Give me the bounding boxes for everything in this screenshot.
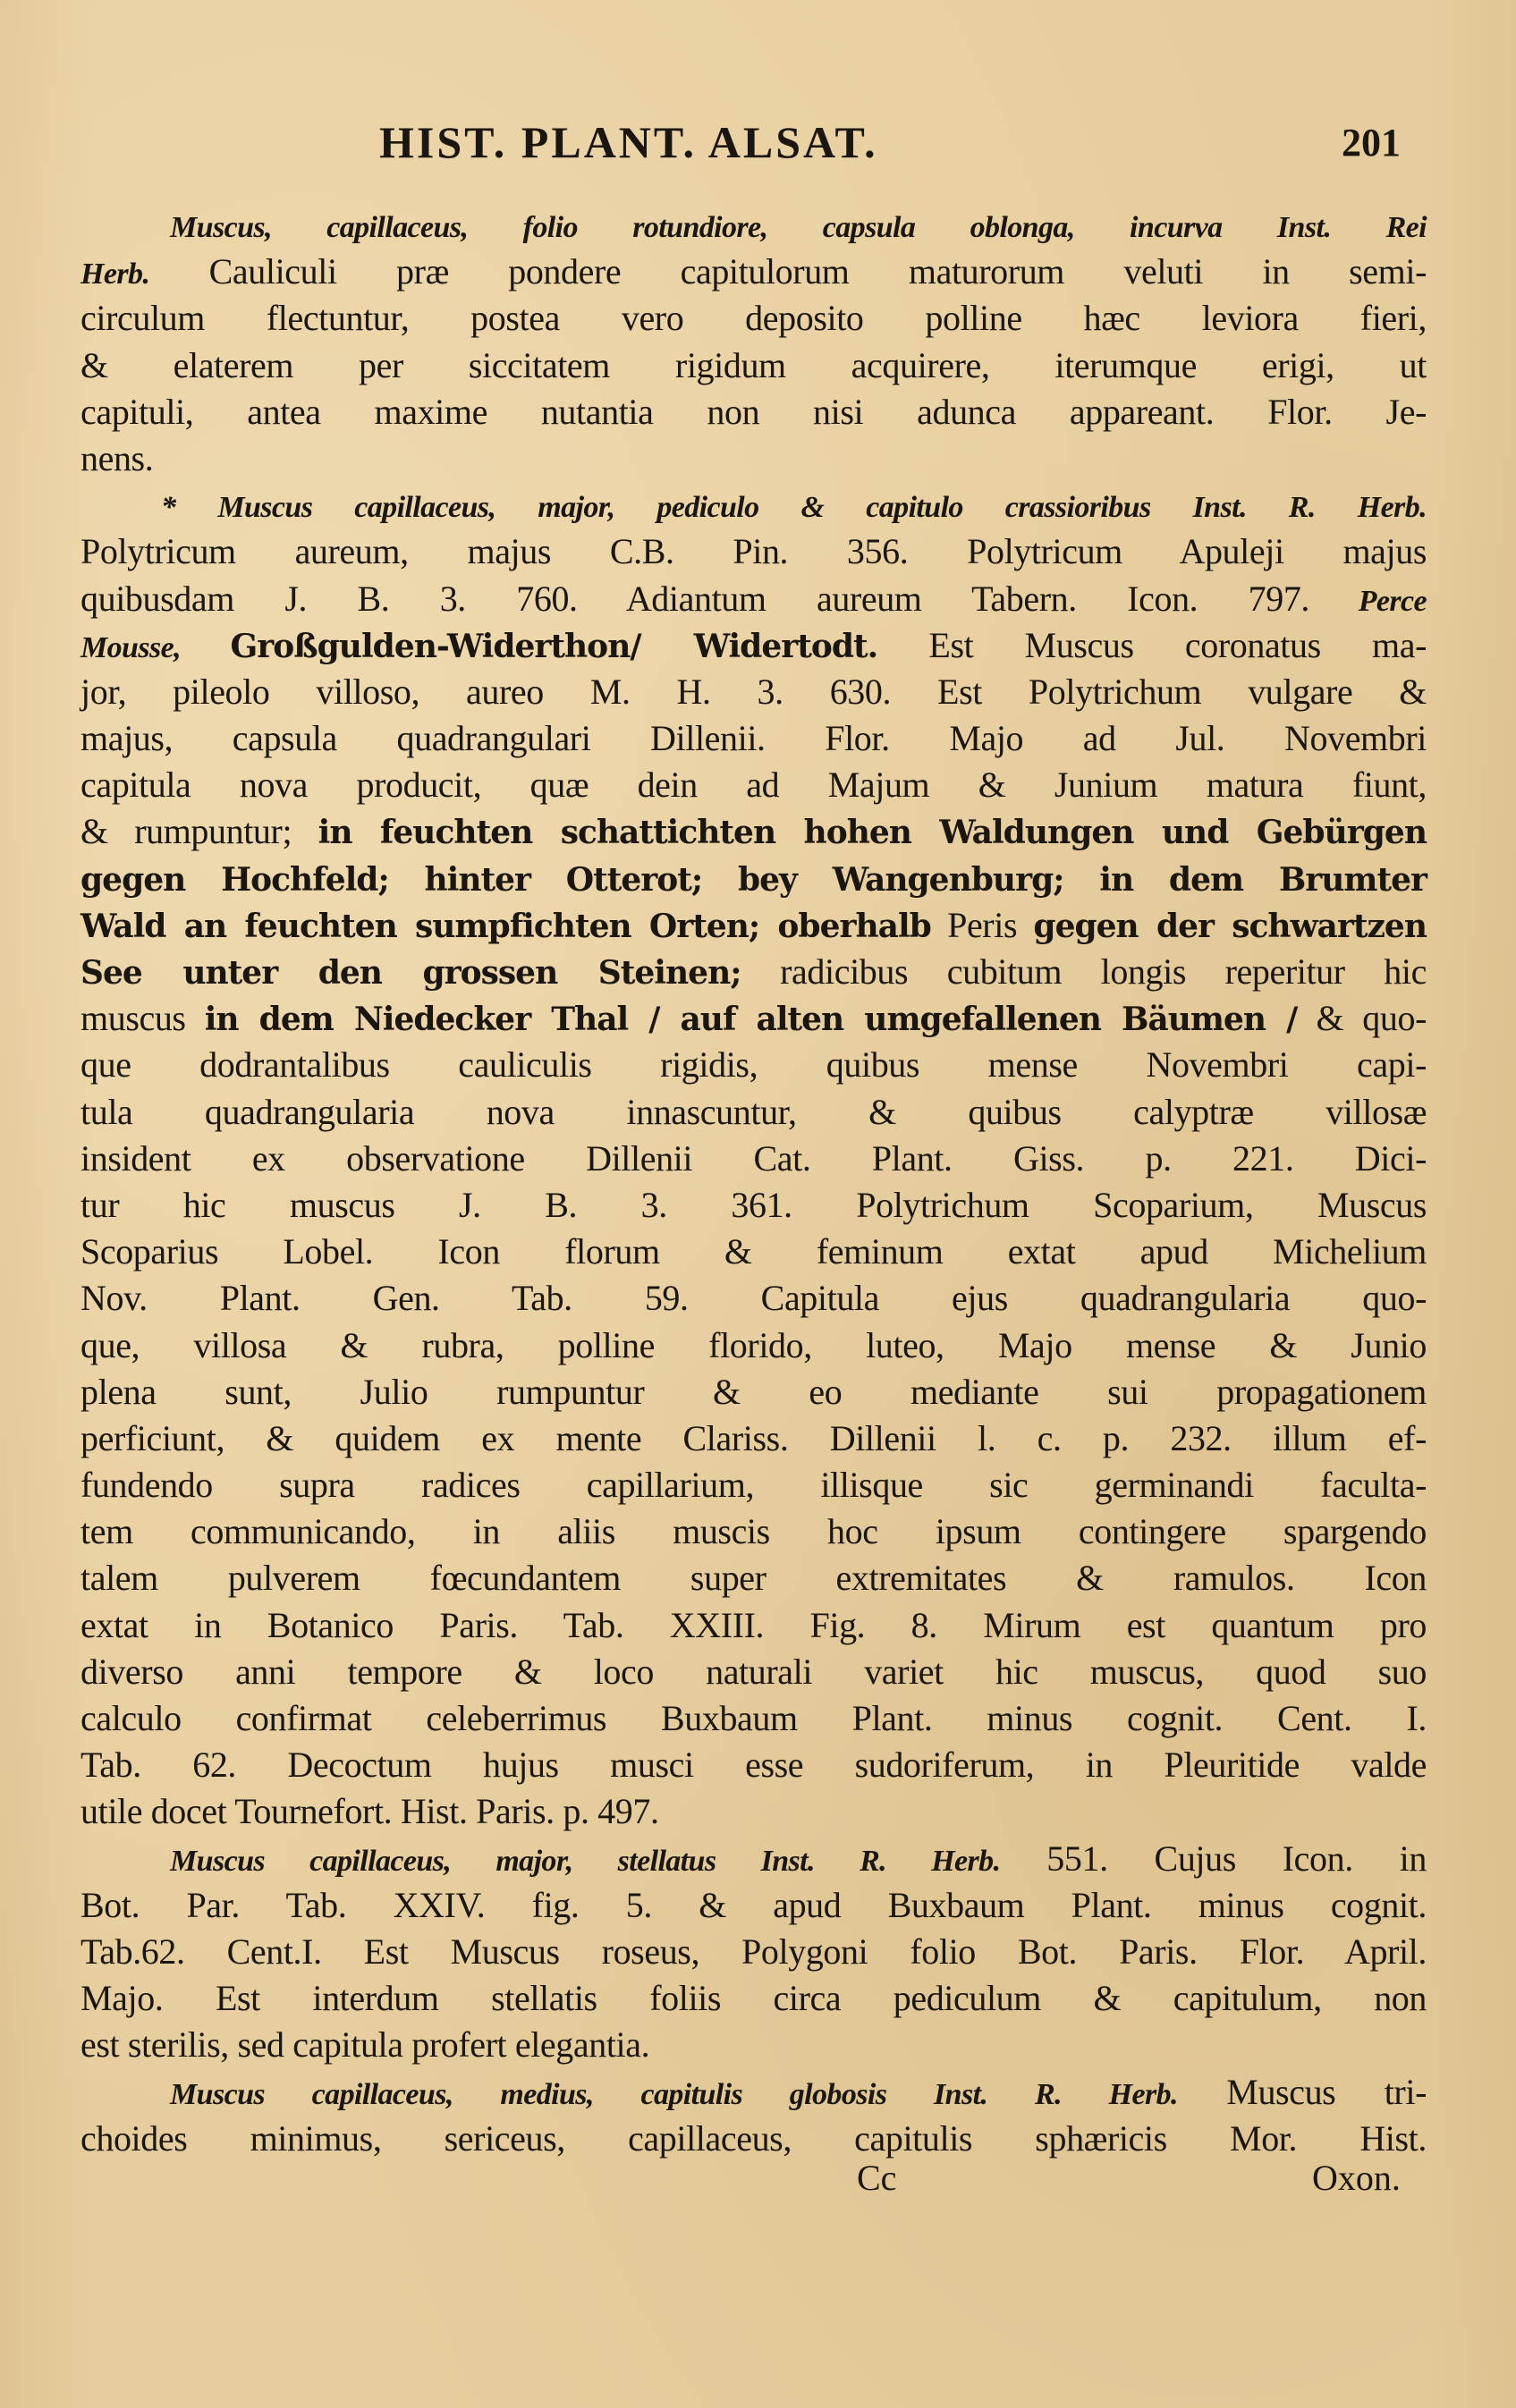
text-line: capituli, antea maxime nutantia non nisi… <box>80 389 1427 435</box>
page-footer: Cc Oxon. <box>0 2157 1516 2203</box>
roman-text: fundendo supra radices capillarium, illi… <box>80 1465 1427 1505</box>
roman-text: plena sunt, Julio rumpuntur & eo mediant… <box>80 1372 1427 1412</box>
roman-text: tula quadrangularia nova innascuntur, & … <box>80 1092 1427 1132</box>
page-number: 201 <box>1342 120 1401 165</box>
running-head: HIST. PLANT. ALSAT. 201 <box>0 116 1516 170</box>
roman-text: Bot. Par. Tab. XXIV. fig. 5. & apud Buxb… <box>80 1885 1427 1925</box>
roman-text: Cauliculi præ pondere capitulorum maturo… <box>149 251 1427 291</box>
roman-text: Est Muscus coronatus ma- <box>877 625 1427 665</box>
roman-text: capitula nova producit, quæ dein ad Maju… <box>80 765 1427 805</box>
roman-text: circulum flectuntur, postea vero deposit… <box>80 298 1427 338</box>
text-line: calculo confirmat celeberrimus Buxbaum P… <box>80 1695 1427 1742</box>
text-line: Muscus capillaceus, medius, capitulis gl… <box>80 2069 1427 2116</box>
text-line: majus, capsula quadrangulari Dillenii. F… <box>80 715 1427 762</box>
text-line: Scoparius Lobel. Icon florum & feminum e… <box>80 1229 1427 1275</box>
roman-text: Tab.62. Cent.I. Est Muscus roseus, Polyg… <box>80 1931 1427 1972</box>
text-line: Bot. Par. Tab. XXIV. fig. 5. & apud Buxb… <box>80 1882 1427 1929</box>
fraktur-text: Großgulden-Widerthon/ Widertodt. <box>231 628 878 665</box>
fraktur-text: in dem Niedecker Thal / auf alten umgefa… <box>205 1001 1298 1038</box>
roman-text: muscus <box>80 998 205 1038</box>
text-line: tula quadrangularia nova innascuntur, & … <box>80 1089 1427 1136</box>
roman-text: est sterilis, sed capitula profert elega… <box>80 2024 649 2065</box>
text-line: perficiunt, & quidem ex mente Clariss. D… <box>80 1415 1427 1462</box>
roman-text: quibusdam J. B. 3. 760. Adiantum aureum … <box>80 579 1309 619</box>
fraktur-text: Wald an feuchten sumpfichten Orten; ober… <box>80 908 931 945</box>
text-line: extat in Botanico Paris. Tab. XXIII. Fig… <box>80 1602 1427 1649</box>
text-line: Muscus capillaceus, major, stellatus Ins… <box>80 1836 1427 1882</box>
roman-text: Polytricum aureum, majus C.B. Pin. 356. … <box>80 531 1427 571</box>
roman-text: & quo- <box>1297 998 1427 1038</box>
fraktur-text: gegen der schwartzen <box>1033 908 1427 945</box>
roman-text: talem pulverem fœcundantem super extremi… <box>80 1558 1427 1598</box>
roman-text: utile docet Tournefort. Hist. Paris. p. … <box>80 1791 659 1831</box>
text-line: gegen Hochfeld; hinter Otterot; bey Wang… <box>80 856 1427 902</box>
italic-citation: * Muscus capillaceus, major, pediculo & … <box>161 491 1427 524</box>
text-line: capitula nova producit, quæ dein ad Maju… <box>80 762 1427 808</box>
roman-text: choides minimus, sericeus, capillaceus, … <box>80 2118 1427 2159</box>
text-line: Herb. Cauliculi præ pondere capitulorum … <box>80 249 1427 295</box>
roman-text: 551. Cujus Icon. in <box>1000 1838 1427 1879</box>
text-line: & elaterem per siccitatem rigidum acquir… <box>80 342 1427 389</box>
text-line: Tab. 62. Decoctum hujus musci esse sudor… <box>80 1742 1427 1788</box>
text-line: nens. <box>80 435 1427 482</box>
italic-citation: Muscus capillaceus, major, stellatus Ins… <box>170 1845 1000 1878</box>
italic-citation: Muscus, capillaceus, folio rotundiore, c… <box>170 211 1427 244</box>
text-line: que dodrantalibus cauliculis rigidis, qu… <box>80 1042 1427 1088</box>
italic-citation: Muscus capillaceus, medius, capitulis gl… <box>170 2078 1178 2111</box>
fraktur-text: See unter den grossen Steinen; <box>80 954 741 992</box>
text-line: & rumpuntur; in feuchten schattichten ho… <box>80 808 1427 855</box>
text-line: circulum flectuntur, postea vero deposit… <box>80 295 1427 342</box>
text-line: insident ex observatione Dillenii Cat. P… <box>80 1136 1427 1182</box>
roman-text: Nov. Plant. Gen. Tab. 59. Capitula ejus … <box>80 1278 1427 1318</box>
text-line: Tab.62. Cent.I. Est Muscus roseus, Polyg… <box>80 1929 1427 1975</box>
roman-text: diverso anni tempore & loco naturali var… <box>80 1652 1427 1692</box>
roman-text: Scoparius Lobel. Icon florum & feminum e… <box>80 1231 1427 1272</box>
roman-text: Majo. Est interdum stellatis foliis circ… <box>80 1978 1427 2018</box>
signature-mark: Cc <box>857 2157 896 2199</box>
text-line: plena sunt, Julio rumpuntur & eo mediant… <box>80 1369 1427 1415</box>
text-line: Muscus, capillaceus, folio rotundiore, c… <box>80 202 1427 249</box>
text-line: choides minimus, sericeus, capillaceus, … <box>80 2116 1427 2162</box>
text-line: See unter den grossen Steinen; radicibus… <box>80 949 1427 995</box>
text-line: Wald an feuchten sumpfichten Orten; ober… <box>80 902 1427 949</box>
text-line: Nov. Plant. Gen. Tab. 59. Capitula ejus … <box>80 1275 1427 1322</box>
roman-text: tem communicando, in aliis muscis hoc ip… <box>80 1511 1427 1551</box>
text-line: muscus in dem Niedecker Thal / auf alten… <box>80 995 1427 1042</box>
roman-text: radicibus cubitum longis reperitur hic <box>741 951 1427 992</box>
catchword: Oxon. <box>1312 2157 1401 2199</box>
running-title: HIST. PLANT. ALSAT. <box>379 116 878 168</box>
italic-citation: Perce <box>1309 585 1427 618</box>
italic-citation: Mousse, <box>80 631 231 664</box>
text-line: utile docet Tournefort. Hist. Paris. p. … <box>80 1788 1427 1835</box>
text-line: tur hic muscus J. B. 3. 361. Polytrichum… <box>80 1182 1427 1229</box>
text-line: quibusdam J. B. 3. 760. Adiantum aureum … <box>80 576 1427 622</box>
book-page: HIST. PLANT. ALSAT. 201 Muscus, capillac… <box>0 0 1516 2408</box>
fraktur-text: in feuchten schattichten hohen Waldungen… <box>318 814 1427 851</box>
roman-text: majus, capsula quadrangulari Dillenii. F… <box>80 718 1427 758</box>
text-line: talem pulverem fœcundantem super extremi… <box>80 1555 1427 1601</box>
text-line: jor, pileolo villoso, aureo M. H. 3. 630… <box>80 669 1427 715</box>
text-line: que, villosa & rubra, polline florido, l… <box>80 1322 1427 1369</box>
roman-text: extat in Botanico Paris. Tab. XXIII. Fig… <box>80 1605 1427 1645</box>
roman-text: perficiunt, & quidem ex mente Clariss. D… <box>80 1418 1427 1458</box>
text-line: fundendo supra radices capillarium, illi… <box>80 1462 1427 1508</box>
fraktur-text: gegen Hochfeld; hinter Otterot; bey Wang… <box>80 861 1427 899</box>
roman-text: jor, pileolo villoso, aureo M. H. 3. 630… <box>80 672 1427 712</box>
text-line: est sterilis, sed capitula profert elega… <box>80 2022 1427 2068</box>
roman-text: calculo confirmat celeberrimus Buxbaum P… <box>80 1698 1427 1738</box>
text-line: tem communicando, in aliis muscis hoc ip… <box>80 1508 1427 1555</box>
italic-citation: Herb. <box>80 258 149 291</box>
roman-text: Peris <box>931 905 1034 945</box>
roman-text: insident ex observatione Dillenii Cat. P… <box>80 1138 1427 1179</box>
text-line: Majo. Est interdum stellatis foliis circ… <box>80 1975 1427 2022</box>
roman-text: tur hic muscus J. B. 3. 361. Polytrichum… <box>80 1185 1427 1225</box>
roman-text: capituli, antea maxime nutantia non nisi… <box>80 392 1427 432</box>
text-line: Polytricum aureum, majus C.B. Pin. 356. … <box>80 528 1427 575</box>
roman-text: Muscus tri- <box>1178 2072 1427 2112</box>
roman-text: & rumpuntur; <box>80 811 318 851</box>
body-text: Muscus, capillaceus, folio rotundiore, c… <box>80 202 1427 2162</box>
roman-text: & elaterem per siccitatem rigidum acquir… <box>80 345 1427 385</box>
roman-text: que, villosa & rubra, polline florido, l… <box>80 1325 1427 1365</box>
roman-text: que dodrantalibus cauliculis rigidis, qu… <box>80 1044 1427 1085</box>
text-line: diverso anni tempore & loco naturali var… <box>80 1649 1427 1695</box>
text-line: Mousse, Großgulden-Widerthon/ Widertodt.… <box>80 622 1427 669</box>
text-line: * Muscus capillaceus, major, pediculo & … <box>80 482 1427 528</box>
roman-text: nens. <box>80 438 153 478</box>
roman-text: Tab. 62. Decoctum hujus musci esse sudor… <box>80 1745 1427 1785</box>
